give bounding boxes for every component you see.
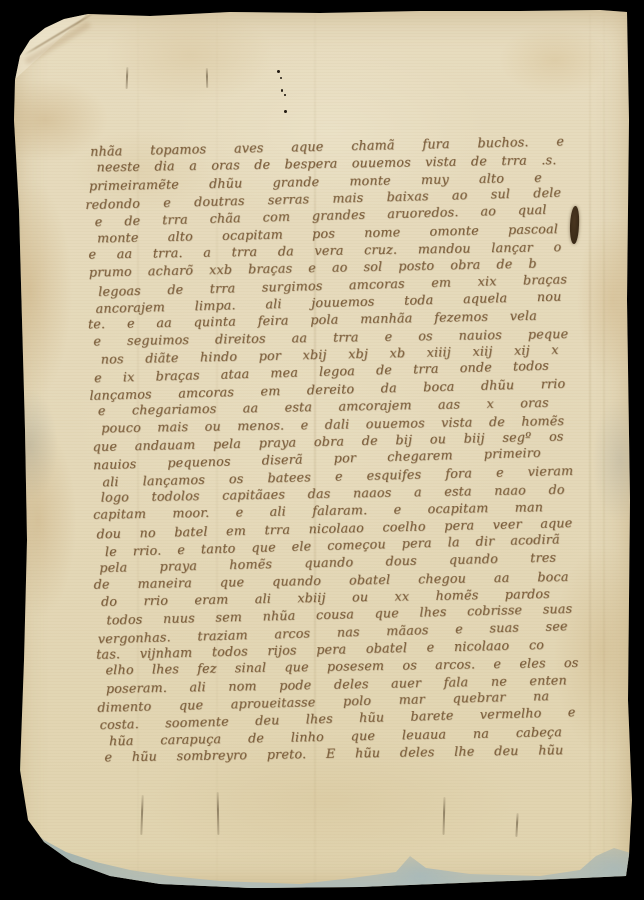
fold-mark	[443, 797, 446, 835]
corner-fold-crease	[23, 13, 93, 56]
manuscript-page: nhãa topamos aves aque chamã fura buchos…	[0, 0, 644, 900]
ink-speck	[281, 89, 283, 92]
handwritten-text: nhãa topamos aves aque chamã fura buchos…	[86, 132, 600, 767]
fold-mark	[126, 67, 129, 89]
ink-speck	[277, 70, 280, 73]
ink-speck	[284, 110, 287, 113]
left-edge-green-fringe	[16, 190, 20, 862]
right-edge-fold-crease	[603, 14, 605, 882]
fold-mark	[206, 68, 208, 88]
fold-mark	[140, 795, 143, 835]
ink-speck	[284, 94, 286, 96]
ink-speck	[280, 77, 282, 79]
fold-mark	[515, 813, 518, 837]
manuscript-photo: nhãa topamos aves aque chamã fura buchos…	[0, 0, 644, 900]
fold-mark	[217, 792, 220, 835]
